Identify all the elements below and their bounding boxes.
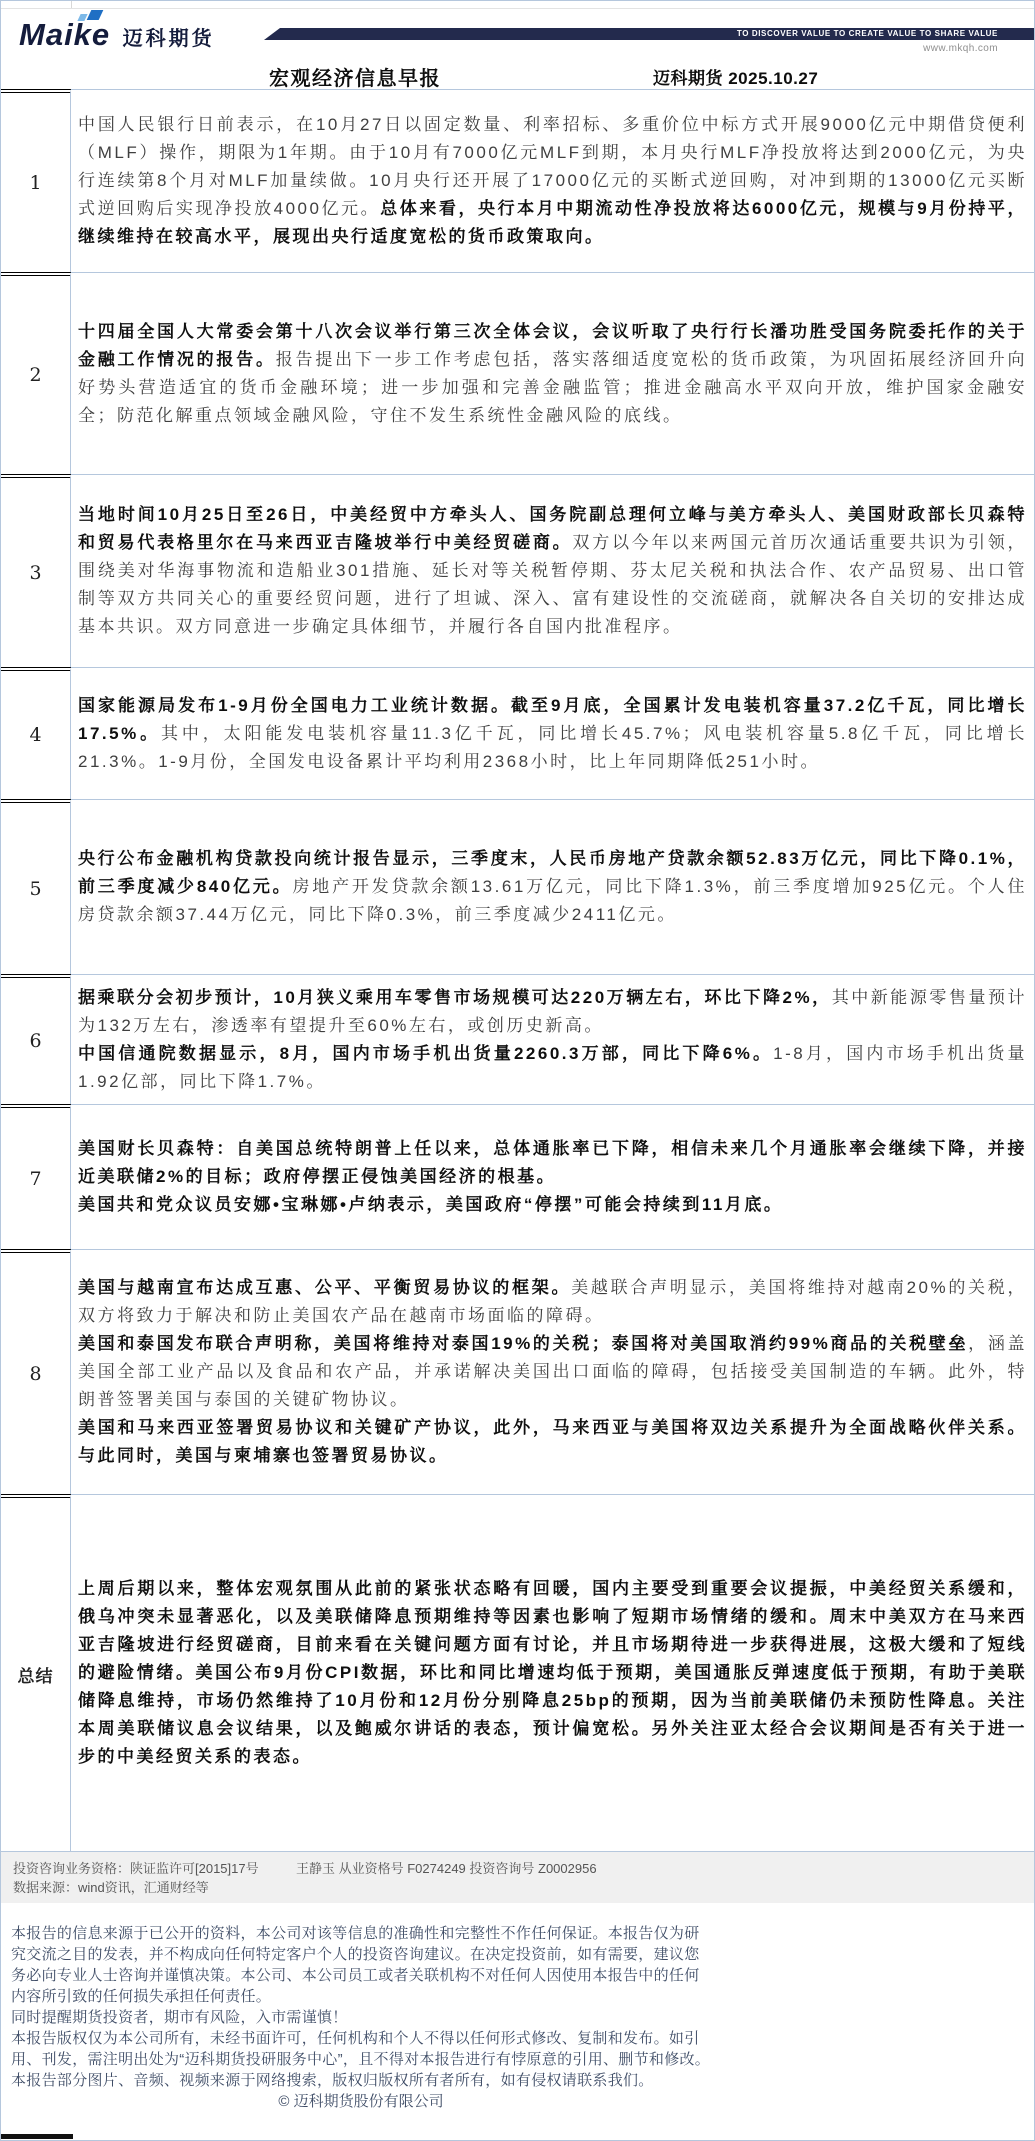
text-segment-bold: 中国信通院数据显示，8月，国内市场手机出货量2260.3万部，同比下降6%。 (78, 1044, 773, 1063)
disclaimer-block: 本报告的信息来源于已公开的资料，本公司对该等信息的准确性和完整性不作任何保证。本… (11, 1923, 711, 2091)
report-table: 1中国人民银行日前表示，在10月27日以固定数量、利率招标、多重价位中标方式开展… (1, 89, 1034, 1851)
text-segment-bold: 美国和泰国发布联合声明称，美国将维持对泰国19%的关税；泰国将对美国取消约99%… (78, 1334, 968, 1353)
text-segment-bold: 美国与越南宣布达成互惠、公平、平衡贸易协议的框架。 (78, 1278, 571, 1297)
row-paragraph: 美国共和党众议员安娜•宝琳娜•卢纳表示，美国政府“停摆”可能会持续到11月底。 (78, 1191, 1027, 1219)
row-content: 央行公布金融机构贷款投向统计报告显示，三季度末，人民币房地产贷款余额52.83万… (71, 799, 1034, 974)
row-content: 美国与越南宣布达成互惠、公平、平衡贸易协议的框架。美越联合声明显示，美国将维持对… (71, 1249, 1034, 1494)
row-paragraph: 美国财长贝森特：自美国总统特朗普上任以来，总体通胀率已下降，相信未来几个月通胀率… (78, 1135, 1027, 1191)
row-content: 美国财长贝森特：自美国总统特朗普上任以来，总体通胀率已下降，相信未来几个月通胀率… (71, 1104, 1034, 1249)
text-segment-bold: 据乘联分会初步预计，10月狭义乘用车零售市场规模可达220万辆左右，环比下降2%… (78, 988, 832, 1007)
row-content: 当地时间10月25日至26日，中美经贸中方牵头人、国务院副总理何立峰与美方牵头人… (71, 474, 1034, 667)
row-content: 上周后期以来，整体宏观氛围从此前的紧张状态略有回暖，国内主要受到重要会议提振，中… (71, 1494, 1034, 1851)
row-content: 据乘联分会初步预计，10月狭义乘用车零售市场规模可达220万辆左右，环比下降2%… (71, 974, 1034, 1104)
row-paragraph: 央行公布金融机构贷款投向统计报告显示，三季度末，人民币房地产贷款余额52.83万… (78, 845, 1027, 929)
row-paragraph: 美国和泰国发布联合声明称，美国将维持对泰国19%的关税；泰国将对美国取消约99%… (78, 1330, 1027, 1414)
title-bar: 宏观经济信息早报 迈科期货 2025.10.27 (1, 63, 1034, 89)
row-label: 总结 (1, 1494, 71, 1851)
text-segment-bold: 美国和马来西亚签署贸易协议和关键矿产协议，此外，马来西亚与美国将双边关系提升为全… (78, 1418, 1027, 1465)
slogan-banner: TO DISCOVER VALUE TO CREATE VALUE TO SHA… (264, 28, 1034, 40)
row-label: 7 (1, 1104, 71, 1249)
report-row: 2十四届全国人大常委会第十八次会议举行第三次全体会议，会议听取了央行行长潘功胜受… (1, 272, 1034, 474)
row-label: 5 (1, 799, 71, 974)
logo-accent-icon (79, 10, 109, 22)
logo-text-en: Maike (19, 17, 110, 52)
report-row: 6据乘联分会初步预计，10月狭义乘用车零售市场规模可达220万辆左右，环比下降2… (1, 974, 1034, 1104)
row-paragraph: 国家能源局发布1-9月份全国电力工业统计数据。截至9月底，全国累计发电装机容量3… (78, 692, 1027, 776)
disclaimer-paragraph: 本报告的信息来源于已公开的资料，本公司对该等信息的准确性和完整性不作任何保证。本… (11, 1923, 711, 2007)
row-paragraph: 上周后期以来，整体宏观氛围从此前的紧张状态略有回暖，国内主要受到重要会议提振，中… (78, 1575, 1027, 1771)
text-segment-bold: 美国财长贝森特：自美国总统特朗普上任以来，总体通胀率已下降，相信未来几个月通胀率… (78, 1139, 1027, 1186)
text-segment: 其中，太阳能发电装机容量11.3亿千瓦，同比增长45.7%；风电装机容量5.8亿… (78, 724, 1027, 771)
row-label: 8 (1, 1249, 71, 1494)
row-label: 3 (1, 474, 71, 667)
report-row: 3当地时间10月25日至26日，中美经贸中方牵头人、国务院副总理何立峰与美方牵头… (1, 474, 1034, 667)
row-paragraph: 中国人民银行日前表示，在10月27日以固定数量、利率招标、多重价位中标方式开展9… (78, 111, 1027, 251)
report-row: 8美国与越南宣布达成互惠、公平、平衡贸易协议的框架。美越联合声明显示，美国将维持… (1, 1249, 1034, 1494)
row-paragraph: 当地时间10月25日至26日，中美经贸中方牵头人、国务院副总理何立峰与美方牵头人… (78, 501, 1027, 641)
bottom-left-border-bar (1, 2134, 73, 2139)
report-header: Maike 迈科期货 TO DISCOVER VALUE TO CREATE V… (1, 1, 1034, 63)
report-page: Maike 迈科期货 TO DISCOVER VALUE TO CREATE V… (0, 0, 1035, 2141)
row-label: 2 (1, 272, 71, 474)
row-content: 国家能源局发布1-9月份全国电力工业统计数据。截至9月底，全国累计发电装机容量3… (71, 667, 1034, 799)
data-source-text: 数据来源：wind资讯，汇通财经等 (13, 1878, 1024, 1897)
credentials-line: 投资咨询业务资格：陕证监许可[2015]17号 王静玉 从业资格号 F02742… (13, 1859, 1024, 1878)
row-paragraph: 据乘联分会初步预计，10月狭义乘用车零售市场规模可达220万辆左右，环比下降2%… (78, 984, 1027, 1040)
copyright-text: © 迈科期货股份有限公司 (11, 2091, 711, 2112)
disclaimer-paragraph: 同时提醒期货投资者，期市有风险，入市需谨慎！ (11, 2007, 711, 2028)
report-row: 总结上周后期以来，整体宏观氛围从此前的紧张状态略有回暖，国内主要受到重要会议提振… (1, 1494, 1034, 1851)
disclaimer-paragraph: 本报告版权仅为本公司所有，未经书面许可，任何机构和个人不得以任何形式修改、复制和… (11, 2028, 711, 2091)
qualification-text: 投资咨询业务资格：陕证监许可[2015]17号 (13, 1859, 296, 1878)
row-label: 1 (1, 89, 71, 272)
row-content: 中国人民银行日前表示，在10月27日以固定数量、利率招标、多重价位中标方式开展9… (71, 89, 1034, 272)
report-row: 5央行公布金融机构贷款投向统计报告显示，三季度末，人民币房地产贷款余额52.83… (1, 799, 1034, 974)
website-url: www.mkqh.com (923, 43, 998, 54)
row-paragraph: 美国和马来西亚签署贸易协议和关键矿产协议，此外，马来西亚与美国将双边关系提升为全… (78, 1414, 1027, 1470)
report-row: 1中国人民银行日前表示，在10月27日以固定数量、利率招标、多重价位中标方式开展… (1, 89, 1034, 272)
credentials-band: 投资咨询业务资格：陕证监许可[2015]17号 王静玉 从业资格号 F02742… (1, 1851, 1034, 1903)
report-row: 7美国财长贝森特：自美国总统特朗普上任以来，总体通胀率已下降，相信未来几个月通胀… (1, 1104, 1034, 1249)
report-row: 4国家能源局发布1-9月份全国电力工业统计数据。截至9月底，全国累计发电装机容量… (1, 667, 1034, 799)
row-paragraph: 美国与越南宣布达成互惠、公平、平衡贸易协议的框架。美越联合声明显示，美国将维持对… (78, 1274, 1027, 1330)
text-segment-bold: 美国共和党众议员安娜•宝琳娜•卢纳表示，美国政府“停摆”可能会持续到11月底。 (78, 1195, 783, 1214)
source-and-date: 迈科期货 2025.10.27 (653, 64, 818, 89)
row-paragraph: 十四届全国人大常委会第十八次会议举行第三次全体会议，会议听取了央行行长潘功胜受国… (78, 318, 1027, 430)
row-label: 6 (1, 974, 71, 1104)
logo-text-cn: 迈科期货 (123, 28, 215, 50)
maike-logo: Maike 迈科期货 (19, 17, 215, 53)
row-content: 十四届全国人大常委会第十八次会议举行第三次全体会议，会议听取了央行行长潘功胜受国… (71, 272, 1034, 474)
analyst-text: 王静玉 从业资格号 F0274249 投资咨询号 Z0002956 (296, 1859, 597, 1878)
text-segment-bold: 上周后期以来，整体宏观氛围从此前的紧张状态略有回暖，国内主要受到重要会议提振，中… (78, 1579, 1027, 1766)
slogan-text: TO DISCOVER VALUE TO CREATE VALUE TO SHA… (737, 29, 998, 38)
row-label: 4 (1, 667, 71, 799)
row-paragraph: 中国信通院数据显示，8月，国内市场手机出货量2260.3万部，同比下降6%。1-… (78, 1040, 1027, 1096)
page-title: 宏观经济信息早报 (269, 62, 441, 91)
